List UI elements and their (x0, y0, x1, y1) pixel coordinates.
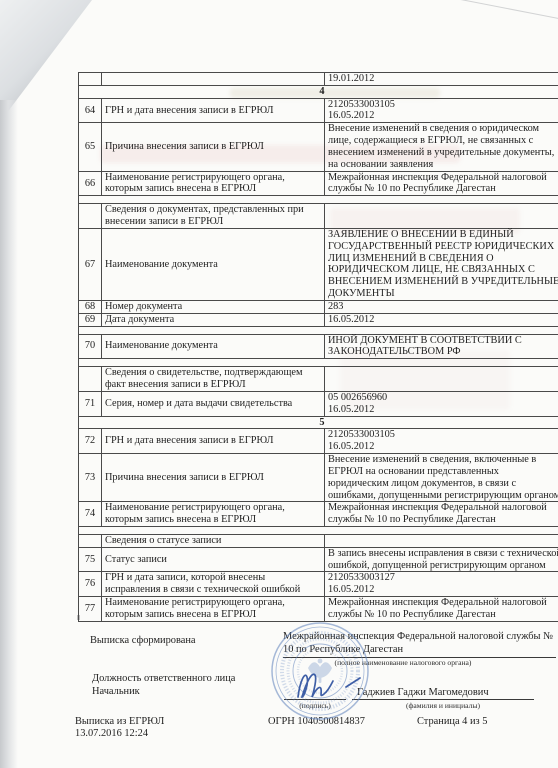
row-value: 16.05.2012 (325, 313, 558, 326)
row-value: 05 002656960 16.05.2012 (325, 391, 558, 416)
row-number: 76 (79, 572, 102, 597)
row-value: ЗАЯВЛЕНИЕ О ВНЕСЕНИИ В ЕДИНЫЙ ГОСУДАРСТВ… (325, 228, 558, 300)
section-number-row: 5 (79, 416, 558, 429)
table-row: 75Статус записиВ запись внесены исправле… (79, 547, 558, 572)
spacer-row (79, 196, 558, 204)
row-number: 73 (79, 454, 102, 502)
table-row: 64ГРН и дата внесения записи в ЕГРЮЛ2120… (79, 98, 558, 123)
signature-scribble (290, 663, 374, 707)
name-line (352, 699, 534, 700)
page-edge-line (453, 0, 558, 19)
row-number: 69 (79, 313, 102, 326)
table-row: 74Наименование регистрирующего органа, к… (79, 502, 558, 527)
spacer-row (79, 359, 558, 367)
extract-source-label: Выписка из ЕГРЮЛ (75, 716, 164, 729)
egrul-records-table: 19.01.2012 4 64ГРН и дата внесения запис… (78, 72, 558, 622)
row-number: 72 (79, 429, 102, 454)
row-value: Внесение изменений в сведения, включенны… (325, 454, 558, 502)
official-position-value: Начальник (92, 686, 140, 699)
row-label: Наименование регистрирующего органа, кот… (102, 502, 325, 527)
row-value: 2120533003127 16.05.2012 (325, 572, 558, 597)
row-number: 77 (79, 597, 102, 622)
row-value: 19.01.2012 (325, 73, 558, 86)
table-row: 76ГРН и дата записи, которой внесены исп… (79, 572, 558, 597)
page-indicator: Страница 4 из 5 (417, 716, 487, 729)
row-label: Наименование регистрирующего органа, кот… (102, 171, 325, 196)
row-number: 65 (79, 123, 102, 171)
table-row: 71Серия, номер и дата выдачи свидетельст… (79, 391, 558, 416)
row-label: Причина внесения записи в ЕГРЮЛ (102, 123, 325, 171)
section-number: 4 (79, 85, 558, 98)
row-number: 68 (79, 300, 102, 313)
row-value: Межрайонная инспекция Федеральной налого… (325, 171, 558, 196)
row-value: Межрайонная инспекция Федеральной налого… (325, 502, 558, 527)
table-row: 70Наименование документаИНОЙ ДОКУМЕНТ В … (79, 334, 558, 359)
table-row: 72ГРН и дата внесения записи в ЕГРЮЛ2120… (79, 429, 558, 454)
row-value: 283 (325, 300, 558, 313)
name-caption: (фамилия и инициалы) (352, 701, 534, 710)
table-row: 69Дата документа16.05.2012 (79, 313, 558, 326)
row-label: Статус записи (102, 547, 325, 572)
row-value: ИНОЙ ДОКУМЕНТ В СООТВЕТСТВИИ С ЗАКОНОДАТ… (325, 334, 558, 359)
official-position-label: Должность ответственного лица (92, 673, 235, 686)
row-number (79, 73, 102, 86)
row-number: 66 (79, 171, 102, 196)
table-row: 73Причина внесения записи в ЕГРЮЛВнесени… (79, 454, 558, 502)
page-edge-shadow (0, 100, 18, 768)
table-row: 19.01.2012 (79, 73, 558, 86)
row-value: 2120533003105 16.05.2012 (325, 98, 558, 123)
section-number: 5 (79, 416, 558, 429)
spacer-row (79, 326, 558, 334)
row-label: Причина внесения записи в ЕГРЮЛ (102, 454, 325, 502)
scanned-page: { "colors":{"stamp_blue":"#5f83bd","sign… (0, 0, 558, 768)
table-row: 66Наименование регистрирующего органа, к… (79, 171, 558, 196)
row-number: 64 (79, 98, 102, 123)
row-number: 67 (79, 228, 102, 300)
subsection-header-row: Сведения о статусе записи (79, 534, 558, 547)
subsection-header-row: Сведения о свидетельстве, подтверждающем… (79, 367, 558, 392)
row-label: Номер документа (102, 300, 325, 313)
table-row: 68Номер документа283 (79, 300, 558, 313)
row-label: Дата документа (102, 313, 325, 326)
subsection-header: Сведения о статусе записи (102, 534, 325, 547)
row-value: В запись внесены исправления в связи с т… (325, 547, 558, 572)
row-number: 70 (79, 334, 102, 359)
subsection-header: Сведения о документах, представленных пр… (102, 204, 325, 229)
row-number: 71 (79, 391, 102, 416)
row-label: Наименование документа (102, 334, 325, 359)
row-number: 74 (79, 502, 102, 527)
row-number: 75 (79, 547, 102, 572)
row-label: ГРН и дата записи, которой внесены испра… (102, 572, 325, 597)
row-label: Серия, номер и дата выдачи свидетельства (102, 391, 325, 416)
subsection-header-row: Сведения о документах, представленных пр… (79, 204, 558, 229)
subsection-header: Сведения о свидетельстве, подтверждающем… (102, 367, 325, 392)
section-number-row: 4 (79, 85, 558, 98)
row-value: Внесение изменений в сведения о юридичес… (325, 123, 558, 171)
extract-formed-label: Выписка сформирована (90, 635, 196, 648)
row-value: 2120533003105 16.05.2012 (325, 429, 558, 454)
row-label: ГРН и дата внесения записи в ЕГРЮЛ (102, 429, 325, 454)
row-label: Наименование документа (102, 228, 325, 300)
spacer-row (79, 526, 558, 534)
row-label: ГРН и дата внесения записи в ЕГРЮЛ (102, 98, 325, 123)
row-label (102, 73, 325, 86)
extract-datetime: 13.07.2016 12:24 (75, 728, 148, 741)
table-row: 67Наименование документаЗАЯВЛЕНИЕ О ВНЕС… (79, 228, 558, 300)
table-row: 65Причина внесения записи в ЕГРЮЛВнесени… (79, 123, 558, 171)
